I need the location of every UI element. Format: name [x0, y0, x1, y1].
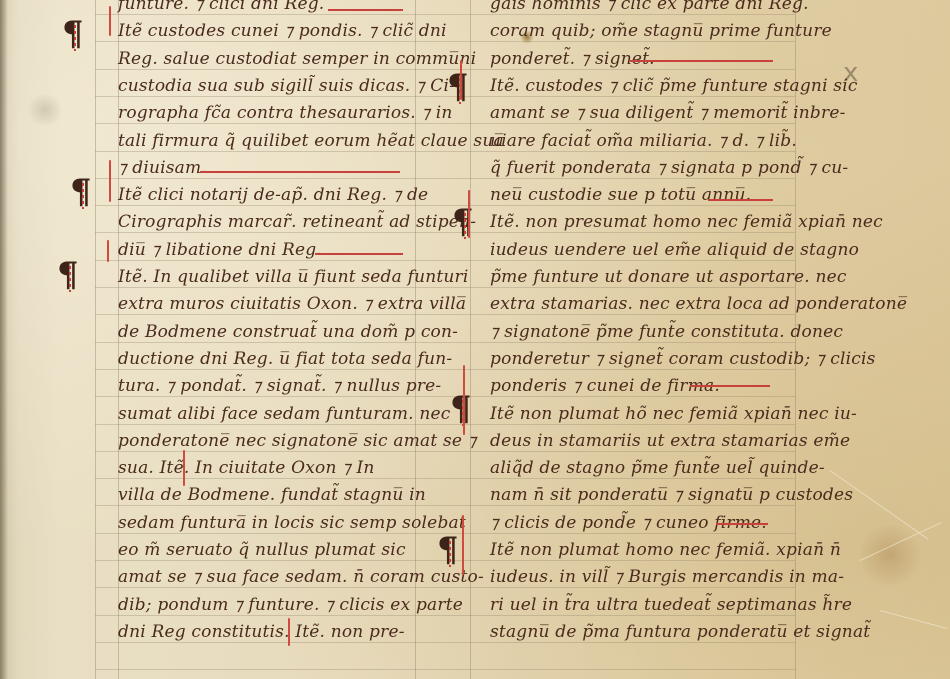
ruling-line: [95, 587, 795, 588]
manuscript-text-line: eo m̃ seruato q̃ nullus plumat sic: [118, 540, 406, 560]
red-flourish: [109, 160, 111, 202]
smudge: [25, 95, 65, 125]
pilcrow-icon: ¶: [447, 70, 469, 104]
manuscript-text-line: gaīs hominis ⁊ clic̃ ex parte dni Reg.: [490, 0, 809, 14]
manuscript-text-line: sedam funtura̅ in locis sic semp solebat: [118, 513, 466, 533]
pilcrow-icon: ¶: [70, 175, 92, 209]
manuscript-text-line: funture. ⁊ clici dni Reg.: [118, 0, 324, 14]
manuscript-text-line: extra muros ciuitatis Oxon. ⁊ extra vill…: [118, 294, 466, 314]
red-flourish: [468, 190, 470, 238]
manuscript-text-line: nam n̄ sit ponderatu̅ ⁊ signatu̅ p custo…: [490, 485, 853, 505]
manuscript-text-line: de Bodmene construat̃ una dom̃ p con-: [118, 322, 458, 342]
manuscript-text-line: ponderis ⁊ cunei de firma.: [490, 376, 720, 396]
manuscript-text-line: q̃ fuerit ponderata ⁊ signata p pond̃ ⁊ …: [490, 158, 848, 178]
ruling-line: [95, 69, 795, 70]
ruling-line: [95, 478, 795, 479]
ruling-line: [95, 424, 795, 425]
manuscript-text-line: stagnu̅ de p̃ma funtura ponderatu̅ et si…: [490, 622, 870, 642]
manuscript-text-line: sumat alibi face sedam funturam. nec: [118, 404, 451, 424]
red-flourish: [107, 240, 109, 262]
manuscript-text-line: Itẽ. non presumat homo nec femiã xpian̄ …: [490, 212, 883, 232]
manuscript-text-line: Itẽ clici notarij de-ap̃. dni Reg. ⁊ de: [118, 185, 428, 205]
manuscript-text-line: diu̅ ⁊ libatione dni Reg.: [118, 240, 322, 260]
manuscript-text-line: dni Reg constitutis. Itẽ. non pre-: [118, 622, 405, 642]
rubric-line-filler: [716, 523, 768, 525]
rubric-line-filler: [315, 253, 403, 255]
rubric-line-filler: [200, 171, 400, 173]
ruling-line: [95, 151, 795, 152]
manuscript-text-line: uiare faciat̃ om̃a miliaria. ⁊ d. ⁊ lib̃…: [490, 131, 797, 151]
manuscript-text-line: Cirographis marcar̃. retineant̃ ad stipe…: [118, 212, 476, 232]
manuscript-text-line: custodia sua sub sigill̃ suis dicas. ⁊ C…: [118, 76, 455, 96]
manuscript-text-line: Itẽ. custodes ⁊ clic̃ p̃me funture stagn…: [490, 76, 858, 96]
rubric-line-filler: [690, 385, 770, 387]
manuscript-text-line: extra stamarias. nec extra loca ad ponde…: [490, 294, 907, 314]
manuscript-text-line: ⁊ diuisam.: [118, 158, 207, 178]
red-flourish: [288, 618, 290, 646]
ruling-line: [95, 505, 795, 506]
manuscript-text-line: rographa fc̃a contra thesaurarios. ⁊ in: [118, 103, 453, 123]
manuscript-text-line: ponderet̃. ⁊ signet̃.: [490, 49, 655, 69]
manuscript-text-line: Reg. salue custodiat semper in commu̅ni: [118, 49, 476, 69]
red-flourish: [462, 515, 464, 575]
pilcrow-icon: ¶: [452, 205, 474, 239]
manuscript-text-line: dib; pondum ⁊ funture. ⁊ clicis ex parte: [118, 595, 463, 615]
manuscript-text-line: iudeus. in vill̃ ⁊ Burgis mercandis in m…: [490, 567, 844, 587]
manuscript-text-line: coram quib; om̃e stagnu̅ prime funture: [490, 21, 832, 41]
rubric-line-filler: [630, 60, 773, 62]
ruling-line: [95, 41, 795, 42]
manuscript-text-line: ponderetur ⁊ signet̃ coram custodib; ⁊ c…: [490, 349, 876, 369]
red-flourish: [183, 450, 185, 486]
pilcrow-icon: ¶: [57, 258, 79, 292]
manuscript-text-line: neu̅ custodie sue p totu̅ annu̅.: [490, 185, 751, 205]
rubric-line-filler: [708, 199, 773, 201]
ruling-line: [95, 342, 795, 343]
manuscript-text-line: Itẽ custodes cunei ⁊ pondis. ⁊ clic̃ dni: [118, 21, 447, 41]
manuscript-text-line: ponderatone̅ nec signatone̅ sic amat se …: [118, 431, 476, 451]
red-flourish: [460, 60, 462, 100]
ruling-line: [95, 615, 795, 616]
manuscript-text-line: ⁊ signatone̅ p̃me funt̃e constituta. don…: [490, 322, 843, 342]
pilcrow-icon: ¶: [450, 392, 472, 426]
manuscript-text-line: Itẽ. In qualibet villa u̅ fiunt seda fun…: [118, 267, 469, 287]
ruling-line: [95, 314, 795, 315]
manuscript-text-line: amant se ⁊ sua diligent̃ ⁊ memorit̃ inbr…: [490, 103, 846, 123]
pilcrow-icon: ¶: [437, 533, 459, 567]
manuscript-text-line: sua. Itẽ. In ciuitate Oxon ⁊ In: [118, 458, 375, 478]
ruling-line: [95, 96, 795, 97]
ruling-left-margin: [95, 0, 96, 679]
red-flourish: [463, 365, 465, 435]
ruling-line: [95, 232, 795, 233]
manuscript-text-line: p̃me funture ut donare ut asportare. nec: [490, 267, 847, 287]
ruling-line: [95, 642, 795, 643]
manuscript-text-line: ductione dni Reg. u̅ fiat tota seda fun-: [118, 349, 452, 369]
manuscript-text-line: tura. ⁊ pondat̃. ⁊ signat̃. ⁊ nullus pre…: [118, 376, 441, 396]
ruling-line: [95, 260, 795, 261]
ruling-line: [95, 123, 795, 124]
red-flourish: [109, 6, 111, 36]
manuscript-text-line: ri uel in t̃ra ultra tuedeat̃ septimanas…: [490, 595, 852, 615]
manuscript-text-line: deus in stamariis ut extra stamarias em̃…: [490, 431, 850, 451]
binding-gutter-shadow: [0, 0, 8, 679]
manuscript-text-line: Itẽ non plumat hõ nec femiã xpian̄ nec i…: [490, 404, 857, 424]
manuscript-text-line: tali firmura q̃ quilibet eorum hẽat clau…: [118, 131, 504, 151]
ruling-line: [95, 451, 795, 452]
ruling-line: [95, 205, 795, 206]
manuscript-text-line: villa de Bodmene. fundat̃ stagnu̅ in: [118, 485, 426, 505]
ruling-line: [95, 396, 795, 397]
manuscript-text-line: amat se ⁊ sua face sedam. n̄ coram custo…: [118, 567, 484, 587]
ruling-line: [95, 178, 795, 179]
ruling-line: [95, 669, 795, 670]
ruling-line: [95, 369, 795, 370]
ruling-line: [95, 14, 795, 15]
manuscript-text-line: Itẽ non plumat homo nec femiã. xpian̄ n̄: [490, 540, 841, 560]
manuscript-text-line: iudeus uendere uel em̃e aliquid de stagn…: [490, 240, 859, 260]
manuscript-text-line: aliq̃d de stagno p̃me funt̃e uel̃ quinde…: [490, 458, 825, 478]
rubric-line-filler: [328, 9, 403, 11]
ruling-line: [95, 287, 795, 288]
pilcrow-icon: ¶: [62, 17, 84, 51]
